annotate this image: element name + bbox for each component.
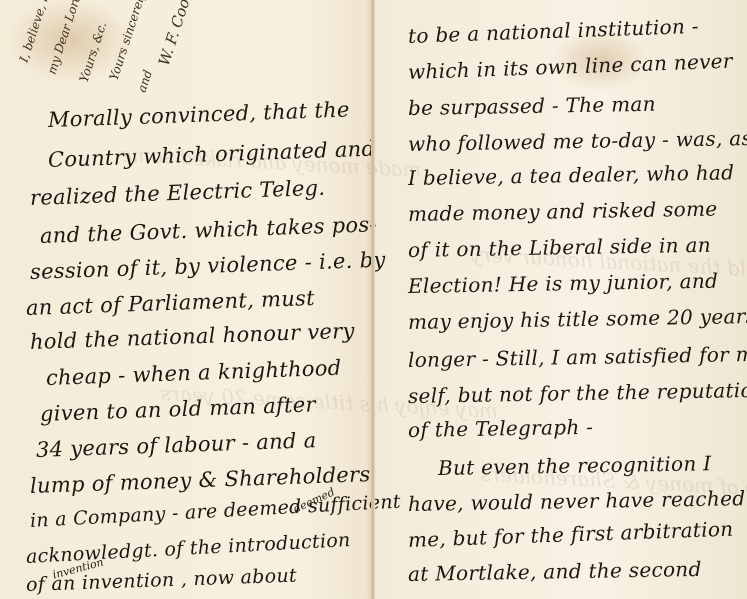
margin-note: and xyxy=(135,68,155,94)
letter-line: Election! He is my junior, and xyxy=(408,269,719,298)
letter-line: in a Company - are deemed sufficient xyxy=(29,491,401,532)
letter-line: have, would never have reached xyxy=(408,486,746,516)
letter-line: may enjoy his title some 20 years xyxy=(408,304,747,334)
letter-line: self, but not for the the reputation xyxy=(408,378,747,408)
letter-line: Morally convinced, that the xyxy=(48,97,350,132)
letter-line: Country which originated and xyxy=(48,137,376,172)
letter-line: 34 years of labour - and a xyxy=(36,428,317,462)
letter-line: at Mortlake, and the second xyxy=(408,557,702,586)
letter-line: given to an old man after xyxy=(40,392,317,426)
letter-line: hold the national honour very xyxy=(30,319,355,354)
letter-line: I believe, a tea dealer, who had xyxy=(408,160,735,190)
letter-line: of the Telegraph - xyxy=(408,415,594,442)
letter-line: made money and risked some xyxy=(408,197,718,226)
letter-line: But even the recognition I xyxy=(438,451,712,480)
letter-line: of it on the Liberal side in an xyxy=(408,233,711,262)
letter-line: longer - Still, I am satisfied for my xyxy=(408,342,747,372)
letter-line: cheap - when a knighthood xyxy=(46,356,342,390)
letter-line: to be a national institution - xyxy=(408,14,700,48)
letter-line: an act of Parliament, must xyxy=(26,286,316,320)
letter-line: which in its own line can never xyxy=(408,49,734,84)
right-page: to be a national institution - which in … xyxy=(374,0,747,599)
letter-line: session of it, by violence - i.e. by xyxy=(30,248,386,284)
signature: W. F. Cooke xyxy=(155,0,199,68)
letter-line: realized the Electric Teleg. xyxy=(30,176,326,210)
margin-note: Yours, &c. xyxy=(77,20,110,84)
letter-line: who followed me to-day - was, as xyxy=(408,126,747,156)
left-page: I, believe, me my Dear Lord, Yours, &c. … xyxy=(0,0,372,599)
letter-line: me, but for the first arbitration xyxy=(408,517,734,552)
letter-line: be surpassed - The man xyxy=(408,92,656,120)
letter-line: and the Govt. which takes pos- xyxy=(40,212,378,248)
margin-note: my Dear Lord, xyxy=(45,0,85,76)
letter-scan: made money and risked some may enjoy his… xyxy=(0,0,747,599)
